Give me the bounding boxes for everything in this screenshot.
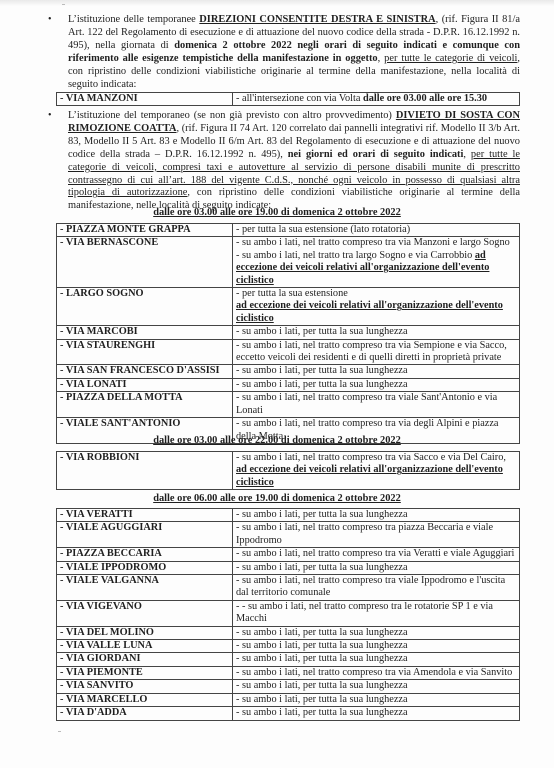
street-name: - VIA VERATTI [57, 509, 233, 522]
street-description: - su ambo i lati, per tutta la sua lungh… [233, 707, 520, 720]
exception-note: ad eccezione dei veicoli relativi all'or… [236, 300, 503, 323]
table-row: - VIA MARCELLO- su ambo i lati, per tutt… [57, 693, 520, 706]
street-name: - VIALE IPPODROMO [57, 561, 233, 574]
street-description: - per tutta la sua estensione (lato rota… [233, 224, 520, 237]
table-row: - VIA PIEMONTE- su ambo i lati, nel trat… [57, 666, 520, 679]
street-description: - all'intersezione con via Volta dalle o… [233, 93, 520, 106]
street-description: - su ambo i lati, per tutta la sua lungh… [233, 326, 520, 339]
group-heading: dalle ore 03.00 alle ore 22.00 di domeni… [0, 435, 554, 446]
street-name: - VIA ROBBIONI [57, 452, 233, 490]
table-row: - VIA BERNASCONE- su ambo i lati, nel tr… [57, 237, 520, 288]
street-name: - VIA LONATI [57, 378, 233, 391]
street-name: - VIALE VALGANNA [57, 575, 233, 601]
street-name: - VIA SANVITO [57, 680, 233, 693]
street-description: - su ambo i lati, per tutta la sua lungh… [233, 680, 520, 693]
exception-note: ad eccezione dei veicoli relativi all'or… [236, 464, 503, 487]
street-name: - VIA D'ADDA [57, 707, 233, 720]
street-description: - su ambo i lati, per tutta la sua lungh… [233, 653, 520, 666]
paragraph-divieto-sosta: • L’istituzione del temporaneo (se non g… [68, 110, 520, 213]
paragraph-direzioni-consentite: • L’istituzione delle temporanee DIREZIO… [68, 14, 520, 91]
street-description: - su ambo i lati, nel tratto compreso tr… [233, 522, 520, 548]
street-name: - VIA PIEMONTE [57, 666, 233, 679]
street-description: - su ambo i lati, nel tratto compreso tr… [233, 452, 520, 490]
street-description: - per tutta la sua estensione ad eccezio… [233, 288, 520, 326]
street-description: - su ambo i lati, per tutta la sua lungh… [233, 561, 520, 574]
street-description: - su ambo i lati, nel tratto compreso tr… [233, 392, 520, 418]
street-description: - su ambo i lati, per tutta la sua lungh… [233, 378, 520, 391]
table-row: - VIA VIGEVANO- - su ambo i lati, nel tr… [57, 600, 520, 626]
table-row: - VIALE IPPODROMO- su ambo i lati, per t… [57, 561, 520, 574]
bullet-icon: • [48, 14, 52, 27]
table-row: - PIAZZA MONTE GRAPPA- per tutta la sua … [57, 224, 520, 237]
table-row: - PIAZZA DELLA MOTTA- su ambo i lati, ne… [57, 392, 520, 418]
table-direzioni: - VIA MANZONI - all'intersezione con via… [56, 92, 520, 106]
table-row: - VIA ROBBIONI- su ambo i lati, nel trat… [57, 452, 520, 490]
table-group-1: - PIAZZA MONTE GRAPPA- per tutta la sua … [56, 223, 520, 444]
street-name: - VIA VIGEVANO [57, 600, 233, 626]
table-row: - VIA D'ADDA- su ambo i lati, per tutta … [57, 707, 520, 720]
street-description: - su ambo i lati, nel tratto compreso tr… [233, 575, 520, 601]
bullet-icon: • [48, 110, 52, 123]
table-row: - VIA MANZONI - all'intersezione con via… [57, 93, 520, 106]
street-name: - VIA VALLE LUNA [57, 640, 233, 653]
scan-top-shadow [0, 0, 554, 6]
street-description: - su ambo i lati, nel tratto compreso tr… [233, 666, 520, 679]
street-description: - su ambo i lati, nel tratto compreso tr… [233, 548, 520, 561]
table-row: - VIA STAURENGHI- su ambo i lati, nel tr… [57, 339, 520, 365]
street-description: - su ambo i lati, per tutta la sua lungh… [233, 640, 520, 653]
measure-title: DIREZIONI CONSENTITE DESTRA E SINISTRA [199, 14, 435, 25]
street-name: - VIA STAURENGHI [57, 339, 233, 365]
street-name: - VIA MARCOBI [57, 326, 233, 339]
table-group-2: - VIA ROBBIONI- su ambo i lati, nel trat… [56, 451, 520, 490]
scan-speck [62, 4, 65, 5]
street-name: - VIA DEL MOLINO [57, 626, 233, 639]
street-name: - VIA MANZONI [57, 93, 233, 106]
street-description: - su ambo i lati, per tutta la sua lungh… [233, 365, 520, 378]
scan-speck [58, 731, 61, 732]
street-description: - su ambo i lati, nel tratto compreso tr… [233, 237, 520, 288]
street-name: - PIAZZA BECCARIA [57, 548, 233, 561]
table-group-3: - VIA VERATTI- su ambo i lati, per tutta… [56, 508, 520, 721]
table-row: - VIA SANVITO- su ambo i lati, per tutta… [57, 680, 520, 693]
street-name: - PIAZZA MONTE GRAPPA [57, 224, 233, 237]
street-name: - VIA MARCELLO [57, 693, 233, 706]
group-heading: dalle ore 03.00 alle ore 19.00 di domeni… [0, 207, 554, 218]
table-row: - VIA VERATTI- su ambo i lati, per tutta… [57, 509, 520, 522]
group-heading: dalle ore 06.00 alle ore 19.00 di domeni… [0, 493, 554, 504]
street-description: - su ambo i lati, nel tratto compreso tr… [233, 339, 520, 365]
table-row: - LARGO SOGNO- per tutta la sua estensio… [57, 288, 520, 326]
street-description: - su ambo i lati, per tutta la sua lungh… [233, 693, 520, 706]
table-row: - VIA LONATI- su ambo i lati, per tutta … [57, 378, 520, 391]
street-name: - VIA BERNASCONE [57, 237, 233, 288]
table-row: - VIA VALLE LUNA- su ambo i lati, per tu… [57, 640, 520, 653]
street-description: - - su ambo i lati, nel tratto compreso … [233, 600, 520, 626]
street-name: - VIA SAN FRANCESCO D'ASSISI [57, 365, 233, 378]
street-description: - su ambo i lati, per tutta la sua lungh… [233, 509, 520, 522]
table-row: - VIA DEL MOLINO- su ambo i lati, per tu… [57, 626, 520, 639]
street-name: - PIAZZA DELLA MOTTA [57, 392, 233, 418]
table-row: - VIA MARCOBI- su ambo i lati, per tutta… [57, 326, 520, 339]
street-name: - VIALE AGUGGIARI [57, 522, 233, 548]
table-row: - VIA GIORDANI- su ambo i lati, per tutt… [57, 653, 520, 666]
street-name: - VIA GIORDANI [57, 653, 233, 666]
table-row: - VIA SAN FRANCESCO D'ASSISI- su ambo i … [57, 365, 520, 378]
street-name: - LARGO SOGNO [57, 288, 233, 326]
table-row: - PIAZZA BECCARIA- su ambo i lati, nel t… [57, 548, 520, 561]
table-row: - VIALE AGUGGIARI- su ambo i lati, nel t… [57, 522, 520, 548]
table-row: - VIALE VALGANNA- su ambo i lati, nel tr… [57, 575, 520, 601]
time-range: dalle ore 03.00 alle ore 15.30 [363, 93, 487, 104]
street-description: - su ambo i lati, per tutta la sua lungh… [233, 626, 520, 639]
